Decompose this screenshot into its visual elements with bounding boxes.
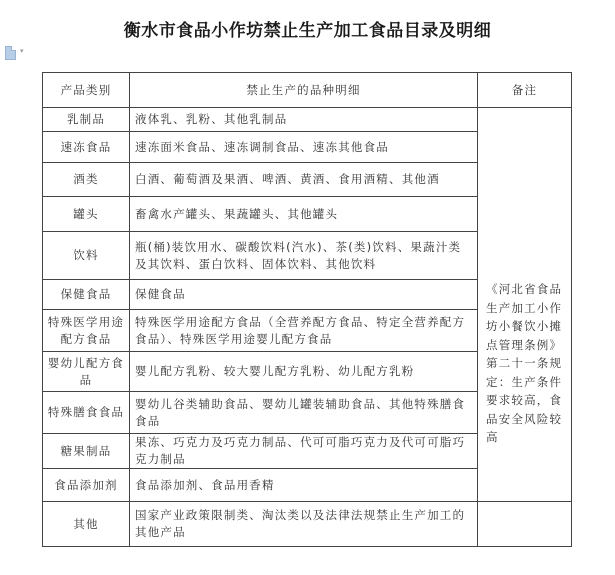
document-icon[interactable] [5, 46, 16, 60]
detail-cell: 果冻、巧克力及巧克力制品、代可可脂巧克力及代可可脂巧克力制品 [130, 434, 478, 469]
category-cell: 罐头 [43, 197, 130, 232]
detail-cell: 食品添加剂、食品用香精 [130, 469, 478, 502]
table-header-row: 产品类别 禁止生产的品种明细 备注 [43, 73, 572, 108]
detail-cell: 婴幼儿谷类辅助食品、婴幼儿罐装辅助食品、其他特殊膳食食品 [130, 392, 478, 434]
category-cell: 特殊膳食食品 [43, 392, 130, 434]
note-cell: 《河北省食品生产加工小作坊小餐饮小摊点管理条例》第二十一条规定：生产条件要求较高… [478, 108, 572, 502]
detail-cell: 速冻面米食品、速冻调制食品、速冻其他食品 [130, 132, 478, 163]
detail-cell: 保健食品 [130, 280, 478, 310]
table-row: 乳制品 液体乳、乳粉、其他乳制品 《河北省食品生产加工小作坊小餐饮小摊点管理条例… [43, 108, 572, 132]
note-cell-empty [478, 502, 572, 547]
category-cell: 其他 [43, 502, 130, 547]
note-text: 《河北省食品生产加工小作坊小餐饮小摊点管理条例》第二十一条规定：生产条件要求较高… [486, 112, 567, 447]
category-cell: 糖果制品 [43, 434, 130, 469]
food-catalog-table: 产品类别 禁止生产的品种明细 备注 乳制品 液体乳、乳粉、其他乳制品 《河北省食… [42, 72, 572, 547]
detail-cell: 特殊医学用途配方食品（全营养配方食品、特定全营养配方食品）、特殊医学用途婴儿配方… [130, 310, 478, 352]
detail-cell: 瓶(桶)装饮用水、碳酸饮料(汽水)、茶(类)饮料、果蔬汁类及其饮料、蛋白饮料、固… [130, 232, 478, 280]
page-title: 衡水市食品小作坊禁止生产加工食品目录及明细 [0, 16, 615, 41]
detail-cell: 液体乳、乳粉、其他乳制品 [130, 108, 478, 132]
header-category: 产品类别 [43, 73, 130, 108]
detail-cell: 婴儿配方乳粉、较大婴儿配方乳粉、幼儿配方乳粉 [130, 352, 478, 392]
category-cell: 饮料 [43, 232, 130, 280]
category-cell: 乳制品 [43, 108, 130, 132]
detail-cell: 白酒、葡萄酒及果酒、啤酒、黄酒、食用酒精、其他酒 [130, 163, 478, 197]
detail-cell: 畜禽水产罐头、果蔬罐头、其他罐头 [130, 197, 478, 232]
category-cell: 食品添加剂 [43, 469, 130, 502]
category-cell: 酒类 [43, 163, 130, 197]
chevron-down-icon[interactable]: ▾ [20, 47, 24, 55]
table-row: 其他 国家产业政策限制类、淘汰类以及法律法规禁止生产加工的其他产品 [43, 502, 572, 547]
category-cell: 保健食品 [43, 280, 130, 310]
header-detail: 禁止生产的品种明细 [130, 73, 478, 108]
detail-cell: 国家产业政策限制类、淘汰类以及法律法规禁止生产加工的其他产品 [130, 502, 478, 547]
category-cell: 婴幼儿配方食品 [43, 352, 130, 392]
category-cell: 速冻食品 [43, 132, 130, 163]
header-note: 备注 [478, 73, 572, 108]
category-cell: 特殊医学用途配方食品 [43, 310, 130, 352]
